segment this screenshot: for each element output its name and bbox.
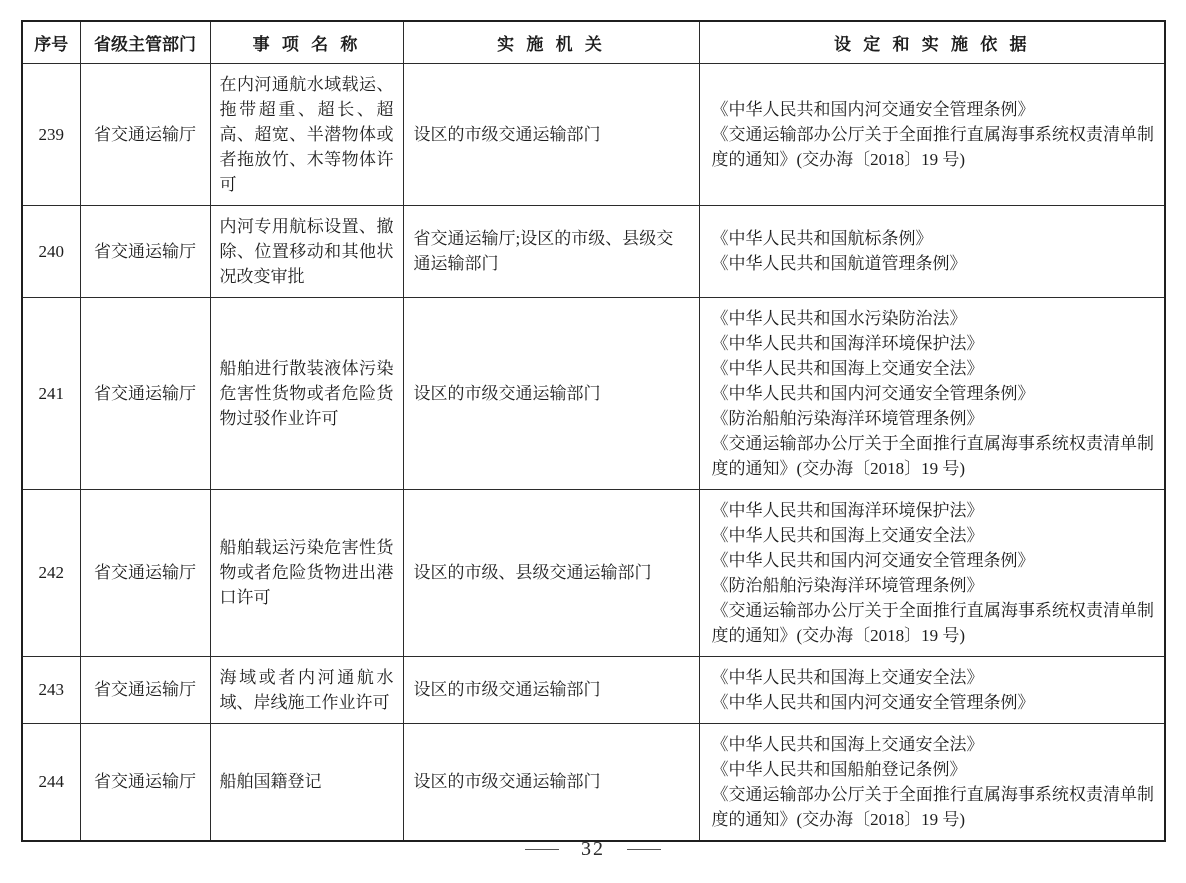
cell-legal-basis: 《中华人民共和国水污染防治法》《中华人民共和国海洋环境保护法》《中华人民共和国海… (699, 297, 1165, 489)
basis-line: 《中华人民共和国水污染防治法》 (712, 306, 1155, 331)
footer-page-number: 32 (581, 838, 605, 861)
cell-provincial-department: 省交通运输厅 (80, 723, 210, 841)
basis-line: 《防治船舶污染海洋环境管理条例》 (712, 573, 1155, 598)
cell-serial-number: 244 (22, 723, 80, 841)
column-header-provincial-department: 省级主管部门 (80, 21, 210, 63)
basis-line: 《中华人民共和国内河交通安全管理条例》 (712, 690, 1155, 715)
cell-implementing-agency: 设区的市级交通运输部门 (403, 297, 699, 489)
permissions-table: 序号 省级主管部门 事项名称 实施机关 设定和实施依据 239 省交通运输厅 在… (21, 20, 1166, 842)
cell-item-name: 内河专用航标设置、撤除、位置移动和其他状况改变审批 (210, 205, 403, 297)
cell-implementing-agency: 省交通运输厅;设区的市级、县级交通运输部门 (403, 205, 699, 297)
table-row: 242 省交通运输厅 船舶载运污染危害性货物或者危险货物进出港口许可 设区的市级… (22, 489, 1165, 656)
basis-line: 《中华人民共和国内河交通安全管理条例》 (712, 381, 1155, 406)
page-footer: 32 (0, 838, 1186, 861)
cell-item-name: 船舶进行散装液体污染危害性货物或者危险货物过驳作业许可 (210, 297, 403, 489)
column-header-legal-basis: 设定和实施依据 (699, 21, 1165, 63)
column-header-serial-number: 序号 (22, 21, 80, 63)
cell-provincial-department: 省交通运输厅 (80, 63, 210, 205)
cell-serial-number: 241 (22, 297, 80, 489)
cell-item-name: 船舶载运污染危害性货物或者危险货物进出港口许可 (210, 489, 403, 656)
cell-legal-basis: 《中华人民共和国海上交通安全法》《中华人民共和国内河交通安全管理条例》 (699, 656, 1165, 723)
cell-implementing-agency: 设区的市级、县级交通运输部门 (403, 489, 699, 656)
table-row: 243 省交通运输厅 海域或者内河通航水域、岸线施工作业许可 设区的市级交通运输… (22, 656, 1165, 723)
basis-line: 《中华人民共和国海上交通安全法》 (712, 665, 1155, 690)
cell-implementing-agency: 设区的市级交通运输部门 (403, 63, 699, 205)
basis-line: 《中华人民共和国内河交通安全管理条例》 (712, 97, 1155, 122)
basis-line: 《中华人民共和国海上交通安全法》 (712, 523, 1155, 548)
cell-provincial-department: 省交通运输厅 (80, 489, 210, 656)
basis-line: 《交通运输部办公厅关于全面推行直属海事系统权责清单制度的通知》(交办海〔2018… (712, 431, 1155, 481)
cell-item-name: 在内河通航水域载运、拖带超重、超长、超高、超宽、半潜物体或者拖放竹、木等物体许可 (210, 63, 403, 205)
basis-line: 《中华人民共和国内河交通安全管理条例》 (712, 548, 1155, 573)
basis-line: 《中华人民共和国海上交通安全法》 (712, 732, 1155, 757)
basis-line: 《交通运输部办公厅关于全面推行直属海事系统权责清单制度的通知》(交办海〔2018… (712, 122, 1155, 172)
cell-serial-number: 239 (22, 63, 80, 205)
table-row: 239 省交通运输厅 在内河通航水域载运、拖带超重、超长、超高、超宽、半潜物体或… (22, 63, 1165, 205)
cell-provincial-department: 省交通运输厅 (80, 205, 210, 297)
cell-legal-basis: 《中华人民共和国航标条例》《中华人民共和国航道管理条例》 (699, 205, 1165, 297)
cell-legal-basis: 《中华人民共和国海洋环境保护法》《中华人民共和国海上交通安全法》《中华人民共和国… (699, 489, 1165, 656)
cell-item-name: 船舶国籍登记 (210, 723, 403, 841)
cell-legal-basis: 《中华人民共和国海上交通安全法》《中华人民共和国船舶登记条例》《交通运输部办公厅… (699, 723, 1165, 841)
table-row: 241 省交通运输厅 船舶进行散装液体污染危害性货物或者危险货物过驳作业许可 设… (22, 297, 1165, 489)
cell-serial-number: 240 (22, 205, 80, 297)
cell-implementing-agency: 设区的市级交通运输部门 (403, 723, 699, 841)
basis-line: 《中华人民共和国航道管理条例》 (712, 251, 1155, 276)
cell-provincial-department: 省交通运输厅 (80, 656, 210, 723)
basis-line: 《交通运输部办公厅关于全面推行直属海事系统权责清单制度的通知》(交办海〔2018… (712, 782, 1155, 832)
cell-implementing-agency: 设区的市级交通运输部门 (403, 656, 699, 723)
basis-line: 《交通运输部办公厅关于全面推行直属海事系统权责清单制度的通知》(交办海〔2018… (712, 598, 1155, 648)
basis-line: 《中华人民共和国海上交通安全法》 (712, 356, 1155, 381)
basis-line: 《中华人民共和国海洋环境保护法》 (712, 498, 1155, 523)
cell-legal-basis: 《中华人民共和国内河交通安全管理条例》《交通运输部办公厅关于全面推行直属海事系统… (699, 63, 1165, 205)
footer-right-dash (627, 849, 661, 851)
table-row: 240 省交通运输厅 内河专用航标设置、撤除、位置移动和其他状况改变审批 省交通… (22, 205, 1165, 297)
basis-line: 《中华人民共和国船舶登记条例》 (712, 757, 1155, 782)
basis-line: 《中华人民共和国航标条例》 (712, 226, 1155, 251)
column-header-item-name: 事项名称 (210, 21, 403, 63)
cell-serial-number: 242 (22, 489, 80, 656)
basis-line: 《防治船舶污染海洋环境管理条例》 (712, 406, 1155, 431)
footer-left-dash (525, 849, 559, 851)
table-row: 244 省交通运输厅 船舶国籍登记 设区的市级交通运输部门 《中华人民共和国海上… (22, 723, 1165, 841)
cell-item-name: 海域或者内河通航水域、岸线施工作业许可 (210, 656, 403, 723)
document-page: 序号 省级主管部门 事项名称 实施机关 设定和实施依据 239 省交通运输厅 在… (0, 0, 1186, 883)
cell-serial-number: 243 (22, 656, 80, 723)
table-header-row: 序号 省级主管部门 事项名称 实施机关 设定和实施依据 (22, 21, 1165, 63)
column-header-implementing-agency: 实施机关 (403, 21, 699, 63)
basis-line: 《中华人民共和国海洋环境保护法》 (712, 331, 1155, 356)
cell-provincial-department: 省交通运输厅 (80, 297, 210, 489)
